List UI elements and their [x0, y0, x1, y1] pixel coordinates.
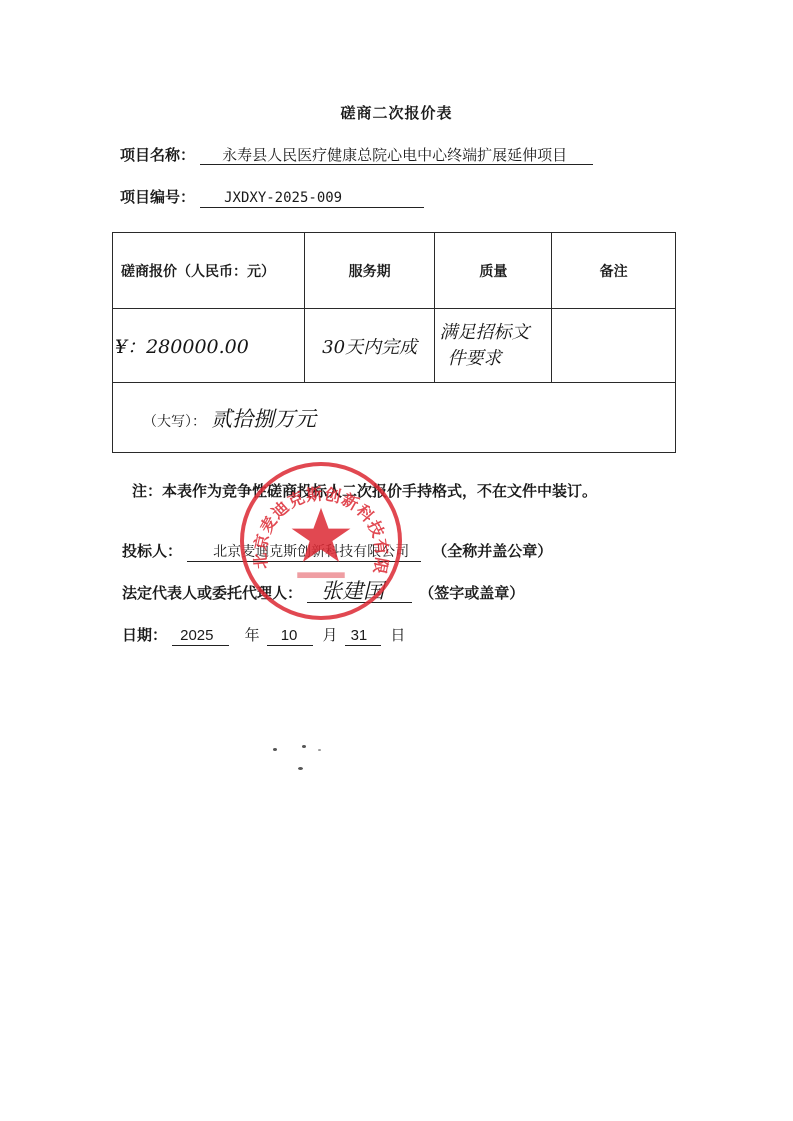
document-title: 磋商二次报价表	[0, 102, 793, 123]
quality-cell: 满足招标文 件要求	[435, 309, 552, 383]
capital-cell: （大写）： 贰拾捌万元	[113, 383, 676, 453]
project-name-label: 项目名称：	[120, 146, 195, 164]
table-header-row: 磋商报价（人民币：元） 服务期 质量 备注	[113, 233, 676, 309]
capital-value: 贰拾捌万元	[211, 407, 316, 431]
header-quality: 质量	[435, 233, 552, 309]
project-number-row: 项目编号： JXDXY-2025-009	[120, 186, 424, 208]
note-text: 注：本表作为竞争性磋商投标人二次报价手持格式，不在文件中装订。	[132, 480, 597, 501]
project-number-value: JXDXY-2025-009	[200, 189, 424, 208]
header-price: 磋商报价（人民币：元）	[113, 233, 305, 309]
remark-cell	[552, 309, 676, 383]
date-year-unit: 年	[245, 626, 260, 644]
date-row: 日期： 2025 年 10 月 31 日	[122, 624, 405, 646]
representative-suffix: （签字或盖章）	[419, 584, 524, 602]
representative-label: 法定代表人或委托代理人：	[122, 584, 302, 602]
capital-row: （大写）： 贰拾捌万元	[113, 383, 676, 453]
quote-table: 磋商报价（人民币：元） 服务期 质量 备注 ¥：280000.00 30天内完成…	[112, 232, 676, 453]
bidder-value: 北京麦迪克斯创新科技有限公司	[187, 543, 421, 562]
quality-line-2: 件要求	[439, 346, 551, 372]
quality-line-1: 满足招标文	[439, 320, 551, 346]
project-number-label: 项目编号：	[120, 188, 195, 206]
capital-label: （大写）：	[143, 414, 206, 430]
date-label: 日期：	[122, 626, 167, 644]
project-name-row: 项目名称： 永寿县人民医疗健康总院心电中心终端扩展延伸项目	[120, 144, 593, 165]
date-day: 31	[345, 627, 382, 646]
bidder-label: 投标人：	[122, 542, 182, 560]
price-cell: ¥：280000.00	[113, 309, 305, 383]
service-period-cell: 30天内完成	[304, 309, 435, 383]
service-period-value: 30天内完成	[322, 337, 417, 358]
bidder-row: 投标人： 北京麦迪克斯创新科技有限公司 （全称并盖公章）	[122, 540, 552, 562]
header-service-period: 服务期	[304, 233, 435, 309]
date-year: 2025	[172, 627, 229, 646]
representative-row: 法定代表人或委托代理人： 张建国 （签字或盖章）	[122, 580, 524, 603]
date-month-unit: 月	[322, 626, 337, 644]
representative-signature: 张建国	[307, 580, 412, 603]
price-value: ¥：280000.00	[113, 336, 249, 358]
date-month: 10	[267, 627, 314, 646]
project-name-value: 永寿县人民医疗健康总院心电中心终端扩展延伸项目	[200, 146, 593, 165]
date-day-unit: 日	[390, 626, 405, 644]
table-row: ¥：280000.00 30天内完成 满足招标文 件要求	[113, 309, 676, 383]
bidder-suffix: （全称并盖公章）	[432, 542, 552, 560]
header-remark: 备注	[552, 233, 676, 309]
